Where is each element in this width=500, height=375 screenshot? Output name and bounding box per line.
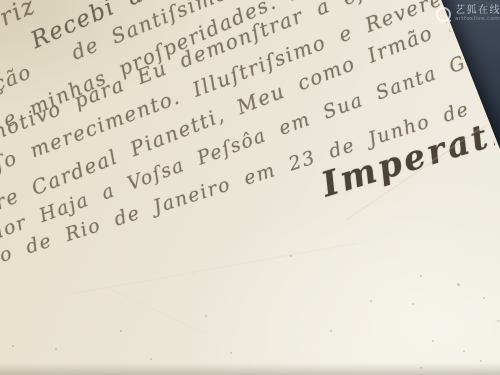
foxing-spot: [12, 345, 14, 347]
paper-crease: [72, 242, 358, 294]
foxing-spot: [497, 320, 499, 322]
foxing-spot: [420, 275, 422, 277]
photo-scene: rizRecebi a lyção de Santiſsimo Natal,e …: [0, 0, 500, 375]
foxing-spot: [230, 352, 232, 354]
foxing-spot: [483, 297, 485, 299]
letter-paper: rizRecebi a lyção de Santiſsimo Natal,e …: [0, 0, 500, 375]
foxing-spot: [290, 255, 292, 257]
foxing-spot: [150, 358, 152, 360]
foxing-spot: [205, 315, 207, 317]
foxing-spot: [370, 300, 372, 302]
foxing-spot: [55, 348, 57, 350]
foxing-spot: [412, 303, 414, 305]
foxing-spot: [120, 330, 122, 332]
foxing-spot: [420, 367, 422, 369]
letter-line-0: riz: [0, 0, 39, 30]
foxing-spot: [463, 350, 465, 352]
foxing-spot: [432, 340, 434, 342]
foxing-spot: [457, 283, 460, 286]
foxing-spot: [330, 330, 332, 332]
foxing-spot: [480, 360, 482, 362]
paper-crease: [105, 285, 215, 338]
